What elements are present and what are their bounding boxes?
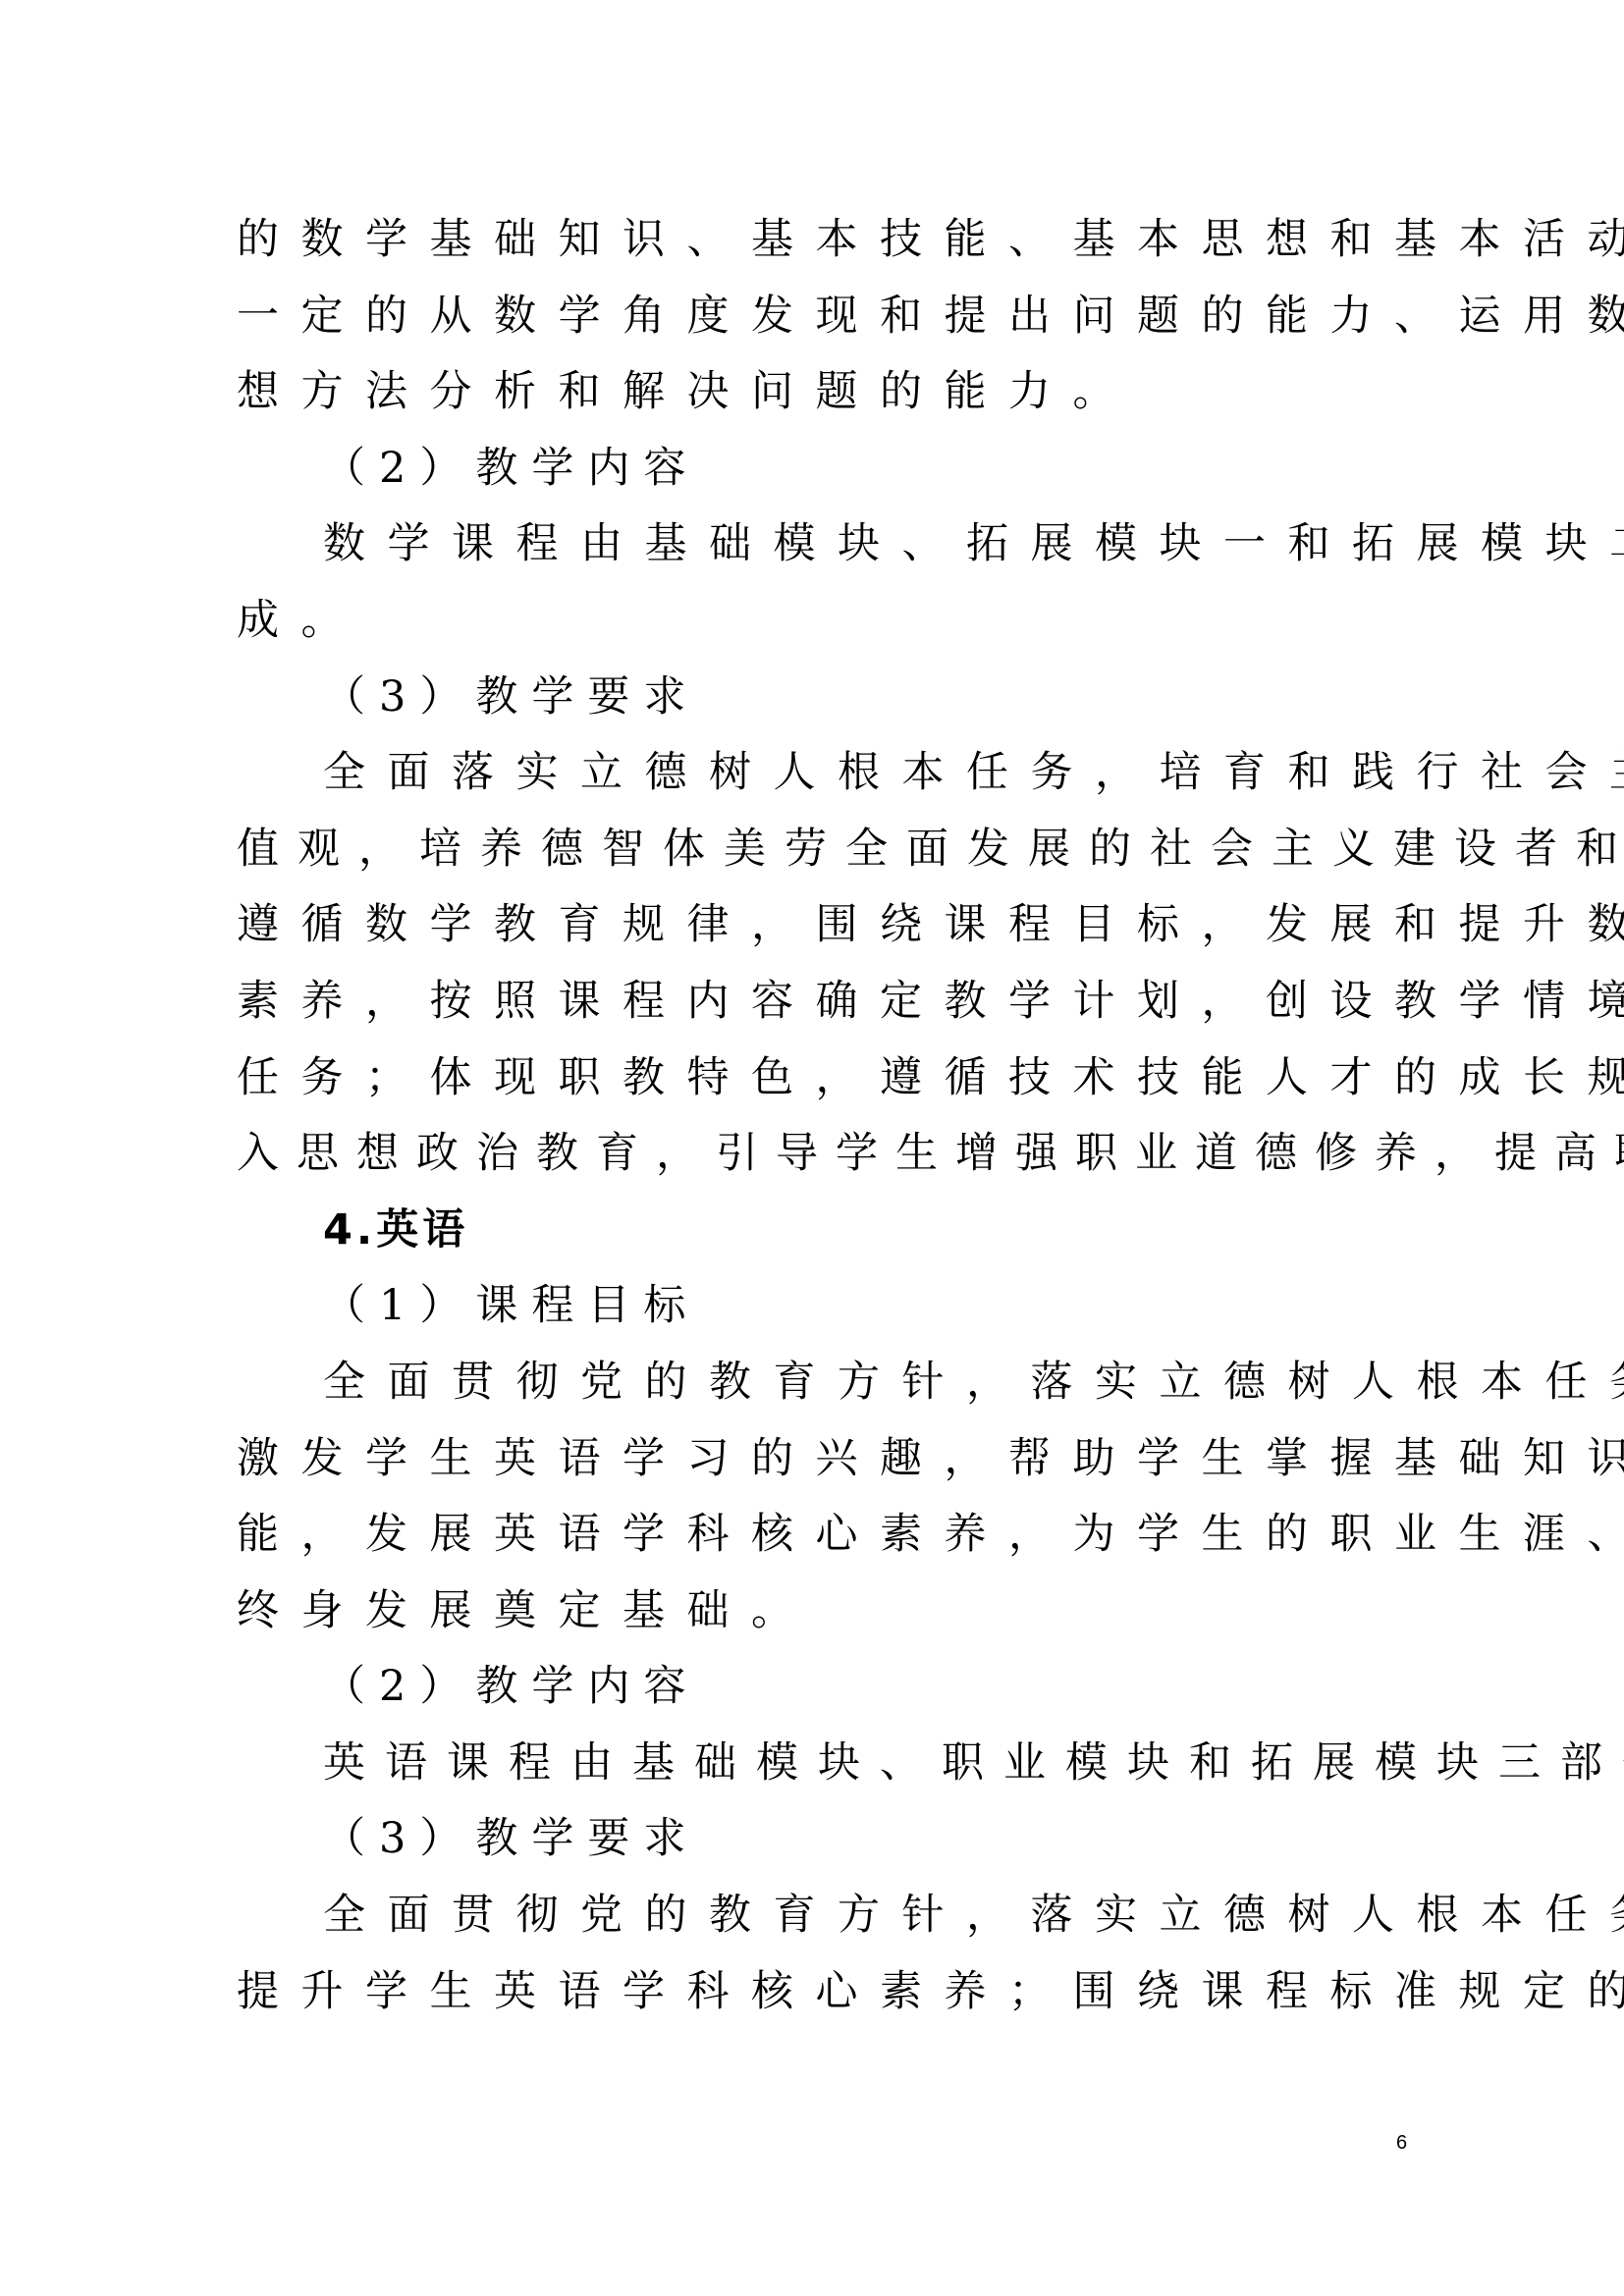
paragraph-line: 英语课程由基础模块、职业模块和拓展模块三部分构成。	[237, 1726, 1415, 1802]
paragraph-line: 入思想政治教育，引导学生增强职业道德修养，提高职业素养。	[237, 1116, 1415, 1193]
subheading-math-teaching-content: （2）教学内容	[237, 431, 1415, 507]
page-number: 6	[1396, 2132, 1407, 2155]
paragraph-line: 激发学生英语学习的兴趣，帮助学生掌握基础知识和基本技	[237, 1421, 1415, 1498]
paragraph-line: 全面贯彻党的教育方针，落实立德树人根本任务，进一步	[237, 1345, 1415, 1421]
paragraph-line: 数学课程由基础模块、拓展模块一和拓展模块二三部分构	[237, 507, 1415, 583]
subheading-math-teaching-requirements: （3）教学要求	[237, 660, 1415, 736]
paragraph-line: 成。	[237, 583, 1415, 660]
paragraph-line: 全面贯彻党的教育方针，落实立德树人根本任务，发展和	[237, 1878, 1415, 1954]
paragraph-line: 终身发展奠定基础。	[237, 1574, 1415, 1650]
document-page: 的数学基础知识、基本技能、基本思想和基本活动经验，具备 一定的从数学角度发现和提…	[237, 202, 1415, 2030]
paragraph-line: 遵循数学教育规律，围绕课程目标，发展和提升数学学科核心	[237, 887, 1415, 964]
paragraph-line: 素养，按照课程内容确定教学计划，创设教学情境，完成课程	[237, 964, 1415, 1041]
subheading-english-teaching-requirements: （3）教学要求	[237, 1801, 1415, 1878]
paragraph-line: 一定的从数学角度发现和提出问题的能力、运用数学知识和思	[237, 279, 1415, 355]
section-heading-english: 4.英语	[237, 1193, 1415, 1269]
paragraph-line: 想方法分析和解决问题的能力。	[237, 354, 1415, 431]
paragraph-line: 的数学基础知识、基本技能、基本思想和基本活动经验，具备	[237, 202, 1415, 279]
paragraph-line: 全面落实立德树人根本任务，培育和践行社会主义核心价	[237, 735, 1415, 812]
subheading-english-teaching-content: （2）教学内容	[237, 1649, 1415, 1726]
paragraph-line: 能，发展英语学科核心素养，为学生的职业生涯、继续学习和	[237, 1497, 1415, 1574]
paragraph-line: 提升学生英语学科核心素养；围绕课程标准规定的学科核心素	[237, 1954, 1415, 2031]
paragraph-line: 值观，培养德智体美劳全面发展的社会主义建设者和接班人。	[237, 812, 1415, 888]
paragraph-line: 任务；体现职教特色，遵循技术技能人才的成长规律；合理融	[237, 1041, 1415, 1117]
subheading-english-course-objectives: （1）课程目标	[237, 1268, 1415, 1345]
